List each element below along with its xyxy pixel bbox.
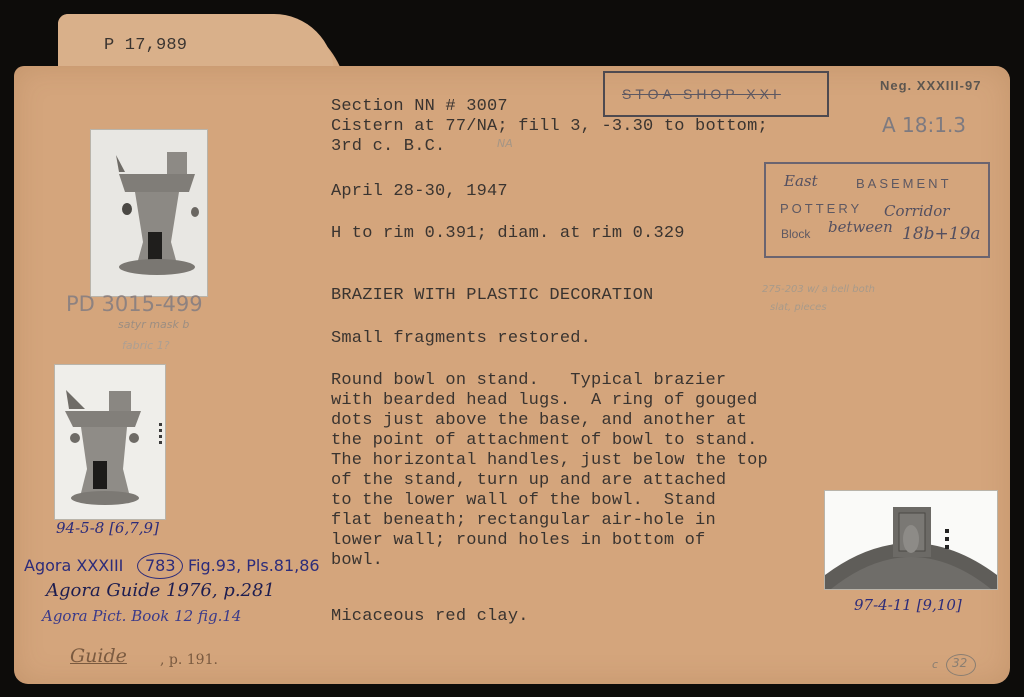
description: Round bowl on stand. Typical brazier wit… bbox=[331, 371, 768, 571]
stoa-shop-text: STOA SHOP XXI bbox=[622, 86, 781, 102]
description-line: flat beneath; rectangular air-hole in bbox=[331, 511, 768, 531]
agora-guide-ref: Agora Guide 1976, p.281 bbox=[46, 580, 275, 601]
description-line: with bearded head lugs. A ring of gouged bbox=[331, 391, 768, 411]
description-line: the point of attachment of bowl to stand… bbox=[331, 431, 768, 451]
storage-location: 18b+19a bbox=[902, 224, 981, 244]
pencil-note-right-1: 275-203 w/ a bell both bbox=[762, 284, 875, 295]
excavation-date: April 28-30, 1947 bbox=[331, 182, 508, 202]
agora-ref-prefix: Agora XXXIII bbox=[24, 556, 123, 575]
corner-mark-c: c bbox=[932, 658, 938, 671]
negative-number: Neg. XXXIII-97 bbox=[880, 78, 981, 93]
storage-between: between bbox=[828, 218, 893, 236]
condition: Small fragments restored. bbox=[331, 329, 591, 349]
description-line: The horizontal handles, just below the t… bbox=[331, 451, 768, 471]
brazier-detail-head-lug bbox=[824, 490, 998, 590]
section-line: Section NN # 3007 bbox=[331, 97, 508, 117]
fabric: Micaceous red clay. bbox=[331, 607, 529, 627]
storage-east: East bbox=[784, 172, 818, 190]
agora-ref-suffix: Fig.93, Pls.81,86 bbox=[188, 556, 320, 575]
photo3-caption: 97-4-11 [9,10] bbox=[854, 596, 962, 614]
description-line: of the stand, turn up and are attached bbox=[331, 471, 768, 491]
storage-block: Block bbox=[781, 227, 810, 241]
description-line: bowl. bbox=[331, 551, 768, 571]
pencil-note-left-1: satyr mask b bbox=[118, 318, 189, 331]
brazier-photo-side bbox=[54, 364, 166, 520]
brazier-photo-front bbox=[90, 129, 208, 297]
pencil-na-note: NA bbox=[497, 137, 513, 150]
pd-number: PD 3015-499 bbox=[66, 292, 203, 316]
picture-book-ref: Agora Pict. Book 12 fig.14 bbox=[42, 607, 241, 625]
storage-basement: BASEMENT bbox=[856, 176, 952, 191]
grid-reference: A 18:1.3 bbox=[882, 113, 966, 137]
object-title: BRAZIER WITH PLASTIC DECORATION bbox=[331, 286, 653, 306]
pencil-note-right-2: slat, pieces bbox=[770, 302, 827, 313]
description-line: to the lower wall of the bowl. Stand bbox=[331, 491, 768, 511]
guide-word: Guide bbox=[70, 645, 127, 667]
description-line: dots just above the base, and another at bbox=[331, 411, 768, 431]
catalog-number: P 17,989 bbox=[104, 36, 187, 56]
head-lug-detail-image bbox=[825, 491, 997, 589]
storage-pottery: POTTERY bbox=[780, 201, 862, 216]
description-line: lower wall; round holes in bottom of bbox=[331, 531, 768, 551]
description-line: Round bowl on stand. Typical brazier bbox=[331, 371, 768, 391]
brazier-side-image bbox=[55, 365, 165, 519]
agora-ref-number: 783 bbox=[145, 556, 176, 575]
photo2-caption: 94-5-8 [6,7,9] bbox=[56, 519, 159, 537]
corner-mark-number: 32 bbox=[952, 656, 967, 670]
pencil-note-left-2: fabric 1? bbox=[122, 339, 170, 352]
brazier-front-image bbox=[91, 130, 207, 296]
dimensions: H to rim 0.391; diam. at rim 0.329 bbox=[331, 224, 685, 244]
guide-page: , p. 191. bbox=[160, 652, 218, 668]
context-line: Cistern at 77/NA; fill 3, -3.30 to botto… bbox=[331, 117, 768, 137]
storage-corridor: Corridor bbox=[884, 202, 949, 220]
date-line: 3rd c. B.C. bbox=[331, 137, 445, 157]
